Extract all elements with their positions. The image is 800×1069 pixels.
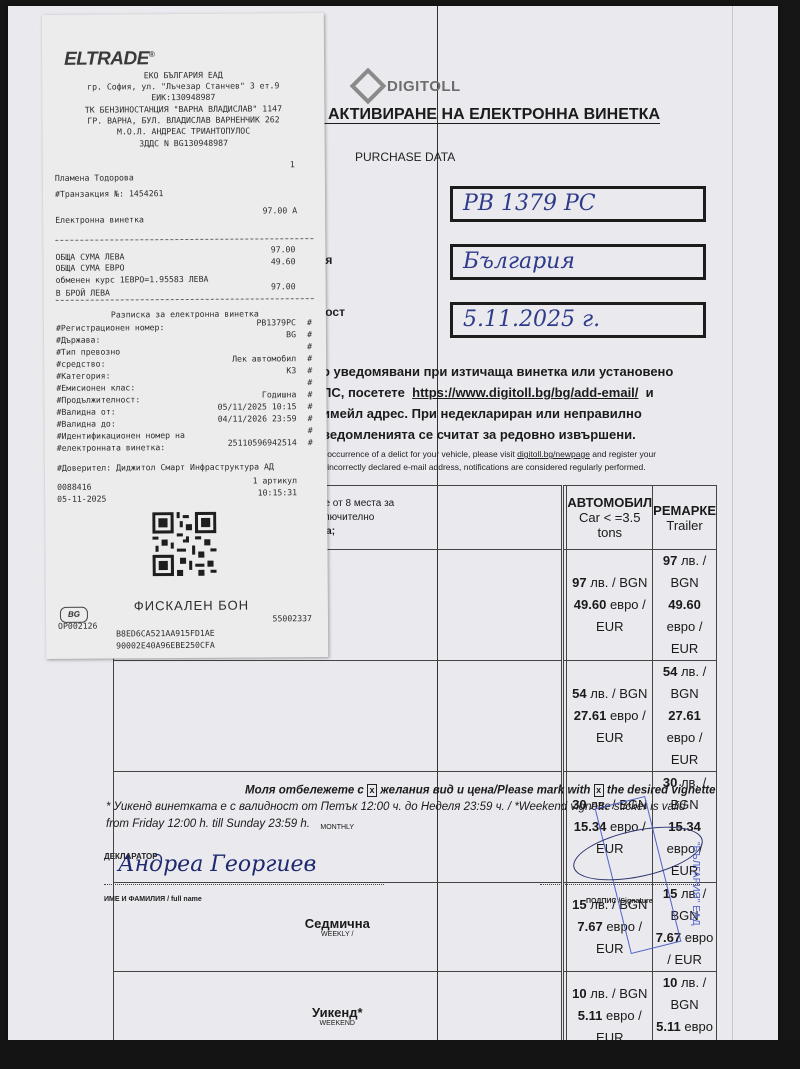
receipt-articles: 1 артикул [253,475,297,485]
notice-line: ведомленията се считат за редовно извърш… [322,424,714,445]
notice-en: r occurrence of a delict for your vehicl… [322,448,717,474]
bottom-background [0,1040,800,1069]
receipt-field-value: Лек автомобил [232,353,296,363]
checkbox-x-icon: x [594,784,604,797]
notice-line: имейл адрес. При недеклариран или неправ… [322,403,714,424]
receipt-station: ТК БЕНЗИНОСТАНЦИЯ "ВАРНА ВЛАДИСЛАВ" 1147 [42,103,324,115]
receipt-station-address: ГР. ВАРНА, БУЛ. ВЛАДИСЛАВ ВАРНЕНЧИК 262 [42,114,324,126]
receipt-field-label: #Валидна от: [56,406,115,416]
digitoll-logo: DIGITOLL [355,73,461,99]
form-title: А АКТИВИРАНЕ НА ЕЛЕКТРОННА ВИНЕТКА [312,106,660,124]
receipt-field-value: Годишна [262,389,297,399]
receipt-hash-mark: # [308,425,313,435]
checkbox-x-icon: x [367,784,377,797]
digitoll-diamond-icon [350,68,387,105]
receipt-eik: ЕИК:130948987 [42,91,324,103]
receipt-cash-label: В БРОЙ ЛЕВА [56,288,110,298]
receipt-hash-mark: # [307,329,312,339]
trailer-price-cell[interactable]: 54 лв. / BGN27.61 евро / EUR [653,661,717,772]
page-edge-line [732,6,733,1041]
receipt-field-label: #електронната винетка: [57,442,166,453]
receipt-field-value: 05/11/2025 10:15 [218,401,297,412]
receipt-operator-no: 1 [290,159,295,169]
notice-line: ПС, посетете https://www.digitoll.bg/bg/… [322,382,714,403]
receipt-total-bgn: 97.00 [271,244,296,254]
receipt-hash: 90002E40A96EBE250CFA [116,640,215,651]
notice-bg: о уведомявани при изтичаща винетка или у… [322,361,714,445]
receipt-exchange-rate: обменен курс 1ЕВРО=1.95583 ЛЕВА [56,274,209,285]
date-field[interactable]: 5.11.2025 г. [450,302,706,338]
declarant-signature: Андреа Георгиев [118,852,316,877]
receipt-field-label: #Продължителност: [56,394,140,405]
receipt-field-value: 04/11/2026 23:59 [218,413,297,424]
country-field[interactable]: България [450,244,706,280]
notice-en-line: r incorrectly declared e-mail address, n… [322,461,717,474]
receipt-field-label: #Регистрационен номер: [56,322,165,333]
receipt-field-value: BG [286,329,296,339]
receipt-field-label: #Емисионен клас: [56,382,135,393]
vignette-type [114,661,563,772]
receipt-trustee: #Доверител: Диджитол Смарт Инфраструктур… [57,461,274,473]
receipt-hash-mark: # [307,365,312,375]
receipt-hash-mark: # [307,317,312,327]
receipt-item-name: Електронна винетка [55,214,144,225]
receipt-mol: М.О.Л. АНДРЕАС ТРИАНТОПУЛОС [43,125,325,137]
receipt-divider [56,298,314,301]
name-line [104,884,384,885]
notice-line: о уведомявани при изтичаща винетка или у… [322,361,714,382]
receipt-time: 10:15:31 [258,487,298,497]
trailer-price-cell[interactable]: 97 лв. / BGN49.60 евро / EUR [653,550,717,661]
receipt-field-label: #средство: [56,359,105,369]
fiscal-receipt-label: ФИСКАЛЕН БОН [134,598,249,614]
add-email-link[interactable]: https://www.digitoll.bg/bg/add-email/ [412,385,638,400]
receipt-field-label: #Идентификационен номер на [57,430,185,441]
receipt-field-label: #Тип превозно [56,346,120,356]
receipt-hash-mark: # [308,437,313,447]
receipt-field-value: 25110596942514 [228,437,297,447]
receipt-date: 05-11-2025 [57,494,106,504]
car-column-header: АВТОМОБИЛ Car < =3.5 tons [567,486,653,550]
notice-en-line: r occurrence of a delict for your vehicl… [322,448,717,461]
receipt-divider [55,238,313,241]
receipt-total-eur-label: ОБЩА СУМА ЕВРО [55,262,124,272]
receipt-hash-mark: # [308,401,313,411]
receipt-cashier: Пламена Тодорова [55,172,134,183]
plate-field[interactable]: PB 1379 PC [450,186,706,222]
qr-code-icon [152,512,216,576]
logo-text: DIGITOLL [387,78,461,95]
eltrade-logo: ELTRADE® [64,48,154,71]
receipt-item-price: 97.00 А [263,205,298,215]
receipt-field-value: К3 [286,365,296,375]
fiscal-receipt: ELTRADE® ЕКО БЪЛГАРИЯ ЕАД гр. София, ул.… [42,13,328,659]
receipt-field-label: #Валидна до: [57,418,116,428]
receipt-field-value: PB1379PC [256,317,296,327]
receipt-device-id: OP002126 [58,621,98,631]
receipt-hash: B8ED6CA521AA915FD1AE [116,628,215,639]
receipt-total-bgn-label: ОБЩА СУМА ЛЕВА [55,251,124,261]
receipt-transaction: #Транзакция №: 1454261 [55,188,164,199]
receipt-cash: 97.00 [271,281,296,291]
receipt-field-label: #Държава: [56,335,100,345]
receipt-hash-mark: # [307,341,312,351]
receipt-hash-mark: # [307,389,312,399]
receipt-hash-mark: # [307,353,312,363]
receipt-hash-mark: # [308,413,313,423]
receipt-vat: ЗДДС N BG130948987 [43,137,325,149]
receipt-number: 0088416 [57,482,92,492]
receipt-fiscal-no: 55002337 [273,613,313,623]
receipt-hash-mark: # [307,377,312,387]
car-price-cell[interactable]: 54 лв. / BGN27.61 евро / EUR [567,661,653,772]
receipt-company: ЕКО БЪЛГАРИЯ ЕАД [42,69,324,81]
price-row[interactable]: 54 лв. / BGN27.61 евро / EUR54 лв. / BGN… [114,661,717,772]
full-name-label: ИМЕ И ФАМИЛИЯ / full name [104,896,202,903]
trailer-column-header: РЕМАРКЕ Trailer [653,486,717,550]
receipt-field-label: #Категория: [56,371,110,381]
newpage-link[interactable]: digitoll.bg/newpage [517,449,590,459]
receipt-total-eur: 49.60 [271,256,296,266]
car-price-cell[interactable]: 97 лв. / BGN49.60 евро / EUR [567,550,653,661]
receipt-address: гр. София, ул. "Лъчезар Станчев" 3 ет.9 [42,80,324,92]
form-subtitle: PURCHASE DATA [355,150,455,164]
